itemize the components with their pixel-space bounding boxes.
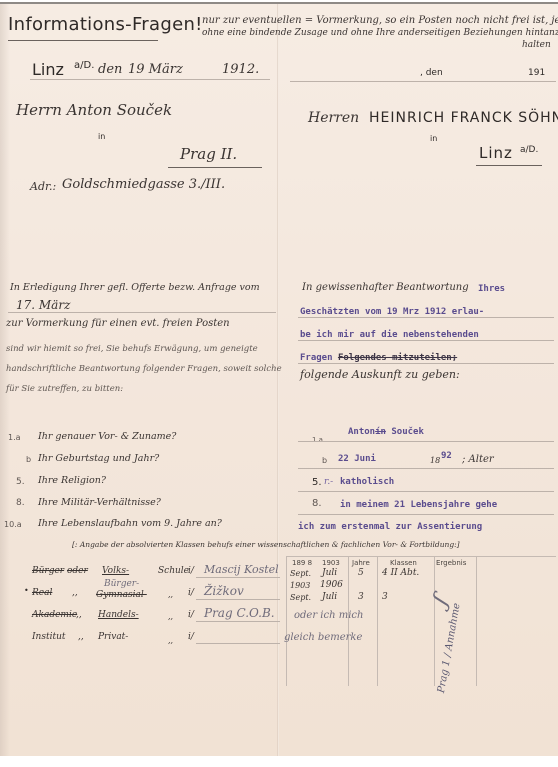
recipient-address: Goldschmiedgasse 3./III. (62, 177, 225, 192)
reply-handwritten-line: folgende Auskunft zu geben: (300, 368, 460, 381)
table-header-to: 1903 (322, 559, 340, 567)
table-r3-to: Juli (322, 592, 337, 602)
city-underline-right (476, 165, 542, 166)
pencil-note-2: gleich bemerke (284, 632, 362, 643)
answer-military-1: in meinem 21 Lebensjahre gehe (340, 500, 497, 510)
city-underline-left (168, 167, 262, 168)
vertical-signature: Prag 1 / Annahme (436, 602, 463, 694)
table-header-ergebnis: Ergebnis (436, 559, 466, 567)
company-name: HEINRICH FRANCK SÖHNE (369, 110, 558, 126)
answer-num-1a: 1.a (312, 436, 323, 444)
edu-row-2-col2: Gymnasial- (96, 590, 147, 600)
table-col-sep-4 (476, 556, 477, 686)
reply-date-prefix: , den (420, 68, 443, 78)
answer-num-5: 5. (312, 477, 322, 488)
table-r2-to: 1906 (320, 580, 343, 590)
edu-row-2-sep: i/ (188, 588, 194, 598)
address-label: Adr.: (30, 180, 56, 193)
edu-answer-rule-4 (196, 643, 280, 644)
answer-num-8: 8. (312, 498, 322, 509)
answer-first-name: Anton (348, 427, 375, 437)
table-border-left (286, 556, 287, 686)
pencil-note-1: oder ich mich (294, 610, 363, 621)
title-underline (8, 40, 158, 41)
question-num-1b: b (26, 455, 31, 464)
typed-struck-text: Folgendes mitzuteilen; (338, 353, 457, 363)
sender-place: Linz (32, 60, 64, 79)
answer-rule-4 (298, 514, 554, 515)
table-r1-jahre: 5 (358, 568, 364, 578)
body-line-2: 17. März (16, 298, 70, 312)
edu-row-4-conj: ,, (78, 632, 84, 642)
company-city-suffix: a/D. (520, 145, 538, 155)
typed-line-1: Ihres (478, 284, 505, 294)
answer-alter: ; Alter (462, 454, 494, 465)
question-1a: Ihr genauer Vor- & Zuname? (38, 431, 176, 442)
question-1b: Ihr Geburtstag und Jahr? (38, 453, 159, 464)
answer-last-name: Souček (391, 427, 424, 437)
edu-answer-rule-2 (196, 599, 280, 600)
edu-answer-rule-1 (196, 577, 280, 578)
letter-sheet: Informations-Fragen! nur zur eventuellen… (0, 2, 558, 756)
edu-row-1-col2: Volks- (102, 566, 129, 576)
edu-row-1-answer: Mascij Kostel (204, 563, 279, 576)
question-8: Ihre Militär-Verhältnisse? (38, 497, 161, 508)
body-rule-1 (8, 312, 276, 313)
typed-line-2: Geschätzten vom 19 Mrz 1912 erlau- (300, 307, 484, 317)
answer-rule-1 (298, 441, 554, 442)
edu-row-3-col2: Handels- (98, 610, 139, 620)
question-num-5: 5. (16, 477, 25, 487)
question-num-8: 8. (16, 498, 25, 508)
answer-rule-3 (298, 491, 554, 492)
body-line-4: sind wir hiemit so frei, Sie behufs Erwä… (6, 344, 258, 354)
answer-religion-prefix: r.- (324, 477, 333, 487)
reply-intro-handwritten: In gewissenhafter Beantwortung (302, 282, 469, 293)
sender-year: 1912. (222, 62, 259, 77)
typed-line-3: be ich mir auf die nebenstehenden (300, 330, 479, 340)
edu-row-2-overwrite: Bürger- (104, 579, 139, 589)
edu-row-2-answer: Žižkov (204, 584, 244, 598)
edu-row-3-col3: ,, (168, 612, 173, 621)
table-top-border (286, 556, 556, 557)
edu-row-3-sep: i/ (188, 610, 194, 620)
reply-rule-2 (298, 340, 554, 341)
edu-row-1-conj: oder (67, 566, 88, 576)
question-num-10a: 10.a (4, 520, 22, 529)
date-rule-left (30, 79, 270, 80)
table-r1-to: Juli (322, 568, 337, 578)
reply-rule-3 (298, 363, 554, 364)
edu-row-2-conj: ,, (72, 588, 78, 598)
answer-name: Antonín Souček (348, 427, 424, 437)
education-note: [: Angabe der absolvierten Klassen behuf… (72, 540, 460, 549)
recipient-name: Herrn Anton Souček (16, 101, 172, 119)
form-title: Informations-Fragen! (8, 14, 203, 35)
reply-year: 191 (528, 68, 545, 78)
edu-row-1: Bürger oder (32, 566, 88, 576)
typed-line-4: Fragen Folgendes mitzuteilen; (300, 353, 457, 363)
edu-row-4-col3: ,, (168, 636, 173, 645)
answer-religion: katholisch (340, 477, 394, 487)
left-in-label: in (98, 132, 105, 141)
company-city: Linz (479, 144, 513, 162)
table-col-sep-1 (348, 556, 349, 686)
table-col-sep-2 (377, 556, 378, 686)
pencil-flourish-icon: ʃ (429, 592, 454, 610)
edu-row-3-col1: Akademie (32, 610, 77, 620)
answer-military-2: ich zum erstenmal zur Assentierung (298, 522, 482, 532)
body-line-5: handschriftliche Beantwortung folgender … (6, 364, 282, 374)
answer-birthday: 22 Juni (338, 454, 376, 464)
body-line-3: zur Vormerkung für einen evt. freien Pos… (6, 318, 230, 329)
table-r1-klassen: 4 II Abt. (382, 568, 419, 578)
answer-num-b: b (322, 456, 327, 465)
answer-year: 92 (441, 451, 452, 461)
table-r3-klassen: 3 (382, 592, 388, 602)
typed-fragen: Fragen (300, 353, 333, 363)
edu-row-4-sep: i/ (188, 632, 194, 642)
sender-place-suffix: a/D. (74, 60, 94, 71)
edu-answer-rule-3 (196, 621, 280, 622)
paper-edge-shadow (0, 4, 10, 756)
table-r2-from: 1903 (290, 581, 310, 590)
right-salutation: Herren (308, 110, 359, 126)
edu-row-1-col3: Schule (158, 566, 189, 576)
reply-rule-1 (298, 317, 554, 318)
question-num-1a: 1.a (8, 433, 21, 442)
right-in-label: in (430, 134, 437, 143)
note-line-3: halten (522, 40, 551, 50)
table-header-jahre: Jahre (352, 559, 370, 567)
note-line-1: nur zur eventuellen = Vormerkung, so ein… (202, 15, 558, 26)
date-rule-right (290, 81, 556, 82)
answer-name-struck: ín (375, 427, 386, 437)
table-header-from: 189 8 (292, 559, 312, 567)
edu-row-4-col1: Institut (32, 632, 66, 642)
sender-date: 19 März (128, 62, 183, 77)
table-header-klassen: Klassen (390, 559, 417, 567)
edu-row-2-col3: ,, (168, 590, 173, 599)
edu-row-1-col1: Bürger (32, 566, 64, 576)
body-line-6: für Sie zutreffen, zu bitten: (6, 384, 123, 394)
question-5: Ihre Religion? (38, 475, 106, 486)
edu-row-3-conj: ,, (76, 610, 82, 620)
table-r1-from: Sept. (290, 569, 311, 578)
body-line-1: In Erledigung Ihrer gefl. Offerte bezw. … (10, 282, 260, 293)
note-line-2: ohne eine bindende Zusage und ohne Ihre … (202, 28, 558, 38)
recipient-city: Prag II. (180, 145, 237, 163)
sender-date-prefix: den (98, 62, 122, 77)
answer-year-prefix: 18 (430, 456, 440, 465)
question-10a: Ihre Lebenslaufbahn vom 9. Jahre an? (38, 518, 222, 529)
edu-row-4-col2: Privat- (98, 632, 128, 642)
edu-row-2-col1: Real (32, 588, 52, 598)
edu-row-3-answer: Prag C.O.B. (204, 606, 275, 620)
table-r3-jahre: 3 (358, 592, 364, 602)
answer-rule-2 (298, 468, 554, 469)
edu-row-2-bullet: • (24, 586, 29, 595)
edu-row-1-sep: i/ (188, 566, 194, 576)
table-r3-from: Sept. (290, 593, 311, 602)
table-col-sep-3 (434, 556, 435, 686)
